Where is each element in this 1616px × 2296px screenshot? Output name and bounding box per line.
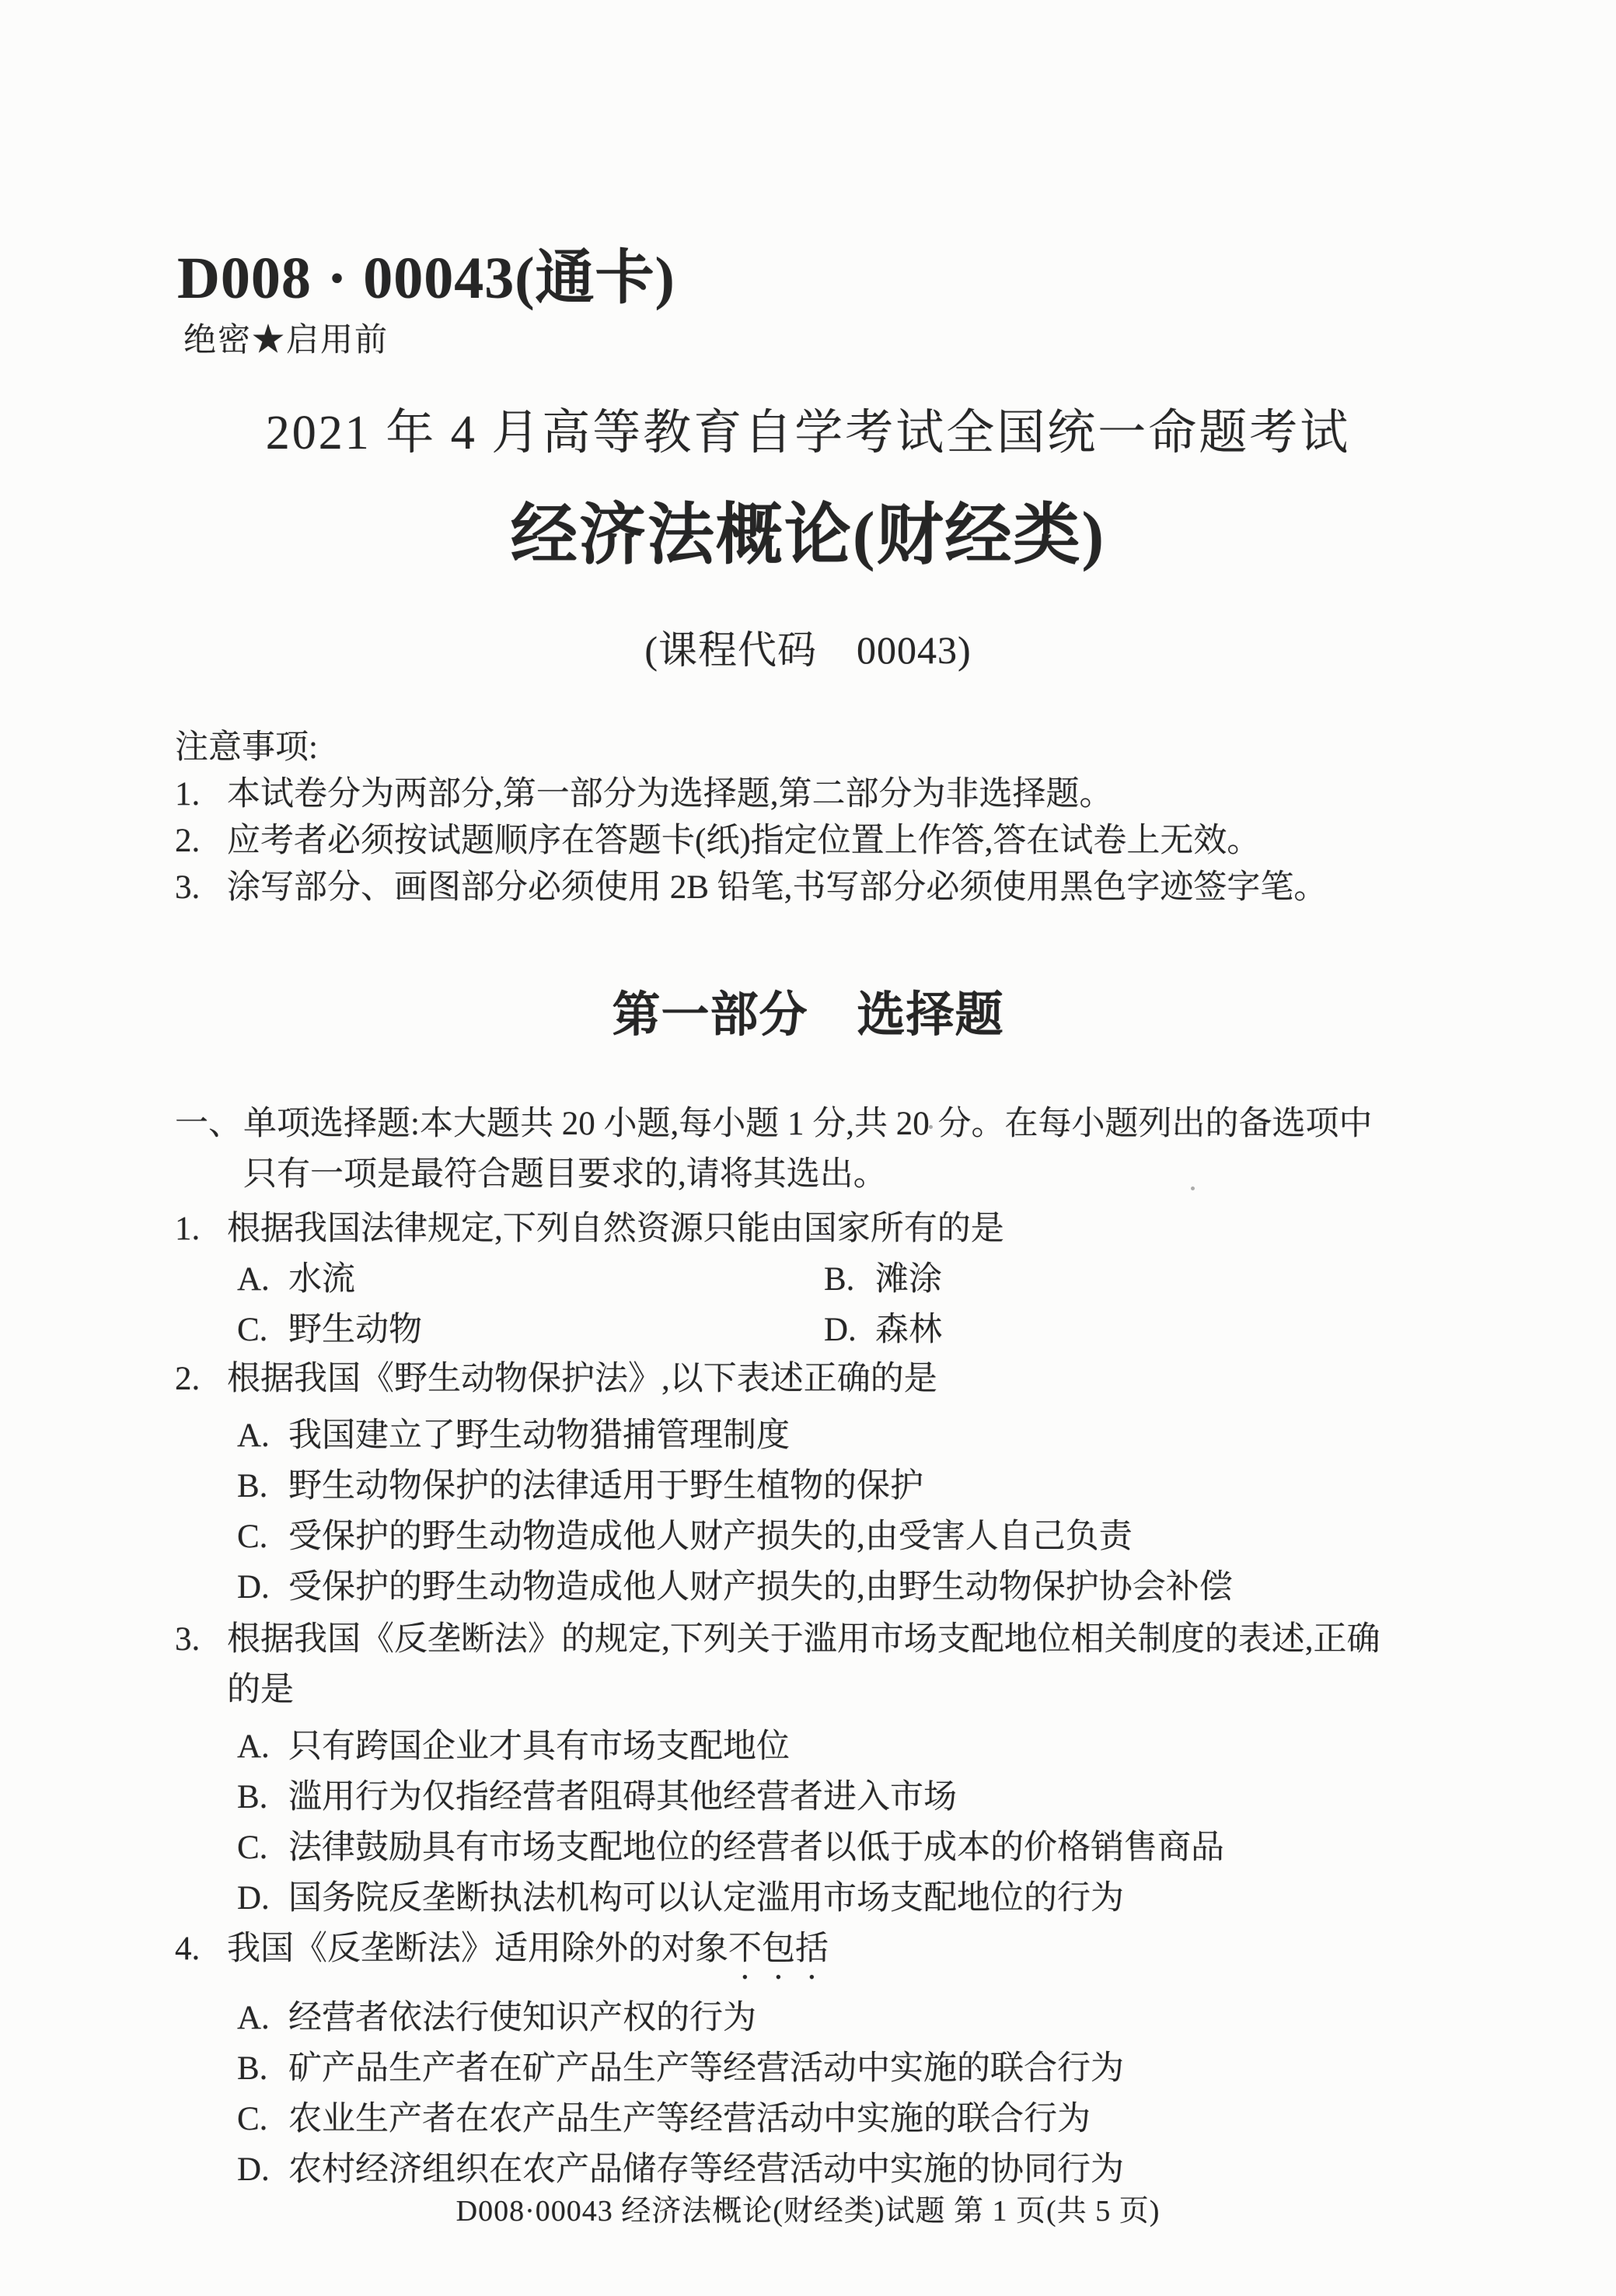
option-a: A.经营者依法行使知识产权的行为	[237, 1993, 1616, 2043]
question-stem: 3.根据我国《反垄断法》的规定,下列关于滥用市场支配地位相关制度的表述,正确	[0, 1614, 1616, 1665]
option-label: A.	[237, 1254, 288, 1305]
option-c: C.农业生产者在农产品生产等经营活动中实施的联合行为	[237, 2094, 1616, 2144]
option-text: 农业生产者在农产品生产等经营活动中实施的联合行为	[288, 2094, 1091, 2144]
scan-speck	[1191, 1186, 1195, 1190]
exam-subject-title: 经济法概论(财经类)	[0, 481, 1616, 577]
question-stem-text: 根据我国《野生动物保护法》,以下表述正确的是	[227, 1361, 937, 1397]
option-b: B.野生动物保护的法律适用于野生植物的保护	[237, 1461, 1616, 1511]
note-number: 3.	[175, 865, 227, 911]
option-label: B.	[237, 2043, 288, 2094]
page-footer: D008·00043 经济法概论(财经类)试题 第 1 页(共 5 页)	[0, 2186, 1616, 2229]
scan-speck	[929, 1125, 933, 1129]
question-4: 4.我国《反垄断法》适用除外的对象不包括 A.经营者依法行使知识产权的行为 B.…	[0, 1924, 1616, 2195]
option-a: A.只有跨国企业才具有市场支配地位	[237, 1721, 1616, 1772]
question-1: 1.根据我国法律规定,下列自然资源只能由国家所有的是 A.水流 B.滩涂 C.野…	[0, 1204, 1616, 1355]
document-code: D008 · 00043(通卡)	[177, 230, 675, 315]
notes-heading: 注意事项:	[175, 725, 1327, 771]
option-c: C.受保护的野生动物造成他人财产损失的,由受害人自己负责	[237, 1511, 1616, 1562]
note-number: 2.	[175, 818, 227, 865]
option-label: A.	[237, 1993, 288, 2043]
option-text: 经营者依法行使知识产权的行为	[288, 1993, 756, 2043]
question-options: A.只有跨国企业才具有市场支配地位 B.滥用行为仅指经营者阻碍其他经营者进入市场…	[0, 1721, 1616, 1924]
question-number: 3.	[175, 1614, 200, 1665]
option-d: D.森林	[824, 1305, 1616, 1355]
option-text: 受保护的野生动物造成他人财产损失的,由受害人自己负责	[288, 1511, 1133, 1562]
option-d: D.受保护的野生动物造成他人财产损失的,由野生动物保护协会补偿	[237, 1562, 1616, 1613]
question-3: 3.根据我国《反垄断法》的规定,下列关于滥用市场支配地位相关制度的表述,正确 的…	[0, 1614, 1616, 1924]
question-stem-text: 根据我国《反垄断法》的规定,下列关于滥用市场支配地位相关制度的表述,正确	[227, 1621, 1380, 1658]
option-text: 野生动物	[288, 1305, 422, 1355]
option-label: B.	[237, 1461, 288, 1511]
note-text: 应考者必须按试题顺序在答题卡(纸)指定位置上作答,答在试卷上无效。	[227, 823, 1260, 859]
option-text: 只有跨国企业才具有市场支配地位	[288, 1721, 790, 1772]
question-stem-text: 我国《反垄断法》适用除外的对象	[227, 1931, 728, 1967]
option-b: B.滥用行为仅指经营者阻碍其他经营者进入市场	[237, 1772, 1616, 1822]
section-instructions: 一、单项选择题:本大题共 20 小题,每小题 1 分,共 20 分。在每小题列出…	[175, 1099, 1372, 1200]
instructions-line: 一、单项选择题:本大题共 20 小题,每小题 1 分,共 20 分。在每小题列出…	[175, 1099, 1372, 1149]
option-c: C.法律鼓励具有市场支配地位的经营者以低于成本的价格销售商品	[237, 1822, 1616, 1873]
option-label: C.	[237, 1511, 288, 1562]
option-a: A.我国建立了野生动物猎捕管理制度	[237, 1410, 1616, 1461]
option-text: 法律鼓励具有市场支配地位的经营者以低于成本的价格销售商品	[288, 1822, 1224, 1873]
option-text: 国务院反垄断执法机构可以认定滥用市场支配地位的行为	[288, 1873, 1124, 1924]
option-a: A.水流	[237, 1254, 824, 1305]
note-item: 1.本试卷分为两部分,第一部分为选择题,第二部分为非选择题。	[175, 771, 1327, 818]
option-c: C.野生动物	[237, 1305, 824, 1355]
note-number: 1.	[175, 771, 227, 818]
question-options: A.我国建立了野生动物猎捕管理制度 B.野生动物保护的法律适用于野生植物的保护 …	[0, 1410, 1616, 1613]
question-2: 2.根据我国《野生动物保护法》,以下表述正确的是 A.我国建立了野生动物猎捕管理…	[0, 1354, 1616, 1613]
secrecy-notice: 绝密★启用前	[183, 314, 389, 361]
option-label: D.	[237, 1873, 288, 1924]
course-code: (课程代码 00043)	[0, 619, 1616, 675]
option-text: 森林	[875, 1305, 942, 1355]
option-label: C.	[237, 1822, 288, 1873]
question-number: 4.	[175, 1924, 200, 1974]
note-item: 2.应考者必须按试题顺序在答题卡(纸)指定位置上作答,答在试卷上无效。	[175, 818, 1327, 865]
part-one-heading: 第一部分 选择题	[0, 976, 1616, 1045]
question-number: 2.	[175, 1354, 200, 1404]
section-label: 一、	[175, 1099, 243, 1149]
option-text: 水流	[288, 1254, 355, 1305]
exam-session-title: 2021 年 4 月高等教育自学考试全国统一命题考试	[0, 393, 1616, 463]
option-b: B.滩涂	[824, 1254, 1616, 1305]
option-label: C.	[237, 1305, 288, 1355]
question-stem-text: 根据我国法律规定,下列自然资源只能由国家所有的是	[227, 1211, 1004, 1247]
option-label: D.	[824, 1305, 875, 1355]
option-text: 野生动物保护的法律适用于野生植物的保护	[288, 1461, 923, 1511]
exam-notes: 注意事项: 1.本试卷分为两部分,第一部分为选择题,第二部分为非选择题。 2.应…	[175, 725, 1327, 911]
instructions-line: 只有一项是最符合题目要求的,请将其选出。	[175, 1149, 1372, 1200]
option-d: D.国务院反垄断执法机构可以认定滥用市场支配地位的行为	[237, 1873, 1616, 1924]
option-b: B.矿产品生产者在矿产品生产等经营活动中实施的联合行为	[237, 2043, 1616, 2094]
question-stem-continuation: 的是	[0, 1665, 1616, 1715]
note-text: 本试卷分为两部分,第一部分为选择题,第二部分为非选择题。	[227, 776, 1113, 813]
question-stem: 4.我国《反垄断法》适用除外的对象不包括	[0, 1924, 1616, 1987]
option-label: A.	[237, 1721, 288, 1772]
option-text: 滥用行为仅指经营者阻碍其他经营者进入市场	[288, 1772, 957, 1822]
question-stem: 1.根据我国法律规定,下列自然资源只能由国家所有的是	[0, 1204, 1616, 1254]
question-number: 1.	[175, 1204, 200, 1254]
question-options: A.水流 B.滩涂 C.野生动物 D.森林	[0, 1254, 1616, 1355]
option-text: 矿产品生产者在矿产品生产等经营活动中实施的联合行为	[288, 2043, 1124, 2094]
scanned-exam-page: { "header": { "doc_code": "D008 · 00043(…	[0, 0, 1616, 2296]
question-stem-text: 的是	[227, 1672, 294, 1708]
option-text: 受保护的野生动物造成他人财产损失的,由野生动物保护协会补偿	[288, 1562, 1233, 1613]
option-label: B.	[237, 1772, 288, 1822]
note-text: 涂写部分、画图部分必须使用 2B 铅笔,书写部分必须使用黑色字迹签字笔。	[227, 869, 1327, 906]
option-label: B.	[824, 1254, 875, 1305]
option-label: C.	[237, 2094, 288, 2144]
option-text: 我国建立了野生动物猎捕管理制度	[288, 1410, 790, 1461]
option-text: 滩涂	[875, 1254, 942, 1305]
instructions-text: 单项选择题:本大题共 20 小题,每小题 1 分,共 20 分。在每小题列出的备…	[243, 1106, 1372, 1142]
note-item: 3.涂写部分、画图部分必须使用 2B 铅笔,书写部分必须使用黑色字迹签字笔。	[175, 865, 1327, 911]
question-stem: 2.根据我国《野生动物保护法》,以下表述正确的是	[0, 1354, 1616, 1404]
option-label: A.	[237, 1410, 288, 1461]
option-label: D.	[237, 1562, 288, 1613]
question-stem-emphasis: 不包括	[728, 1931, 829, 1967]
question-options: A.经营者依法行使知识产权的行为 B.矿产品生产者在矿产品生产等经营活动中实施的…	[0, 1993, 1616, 2195]
